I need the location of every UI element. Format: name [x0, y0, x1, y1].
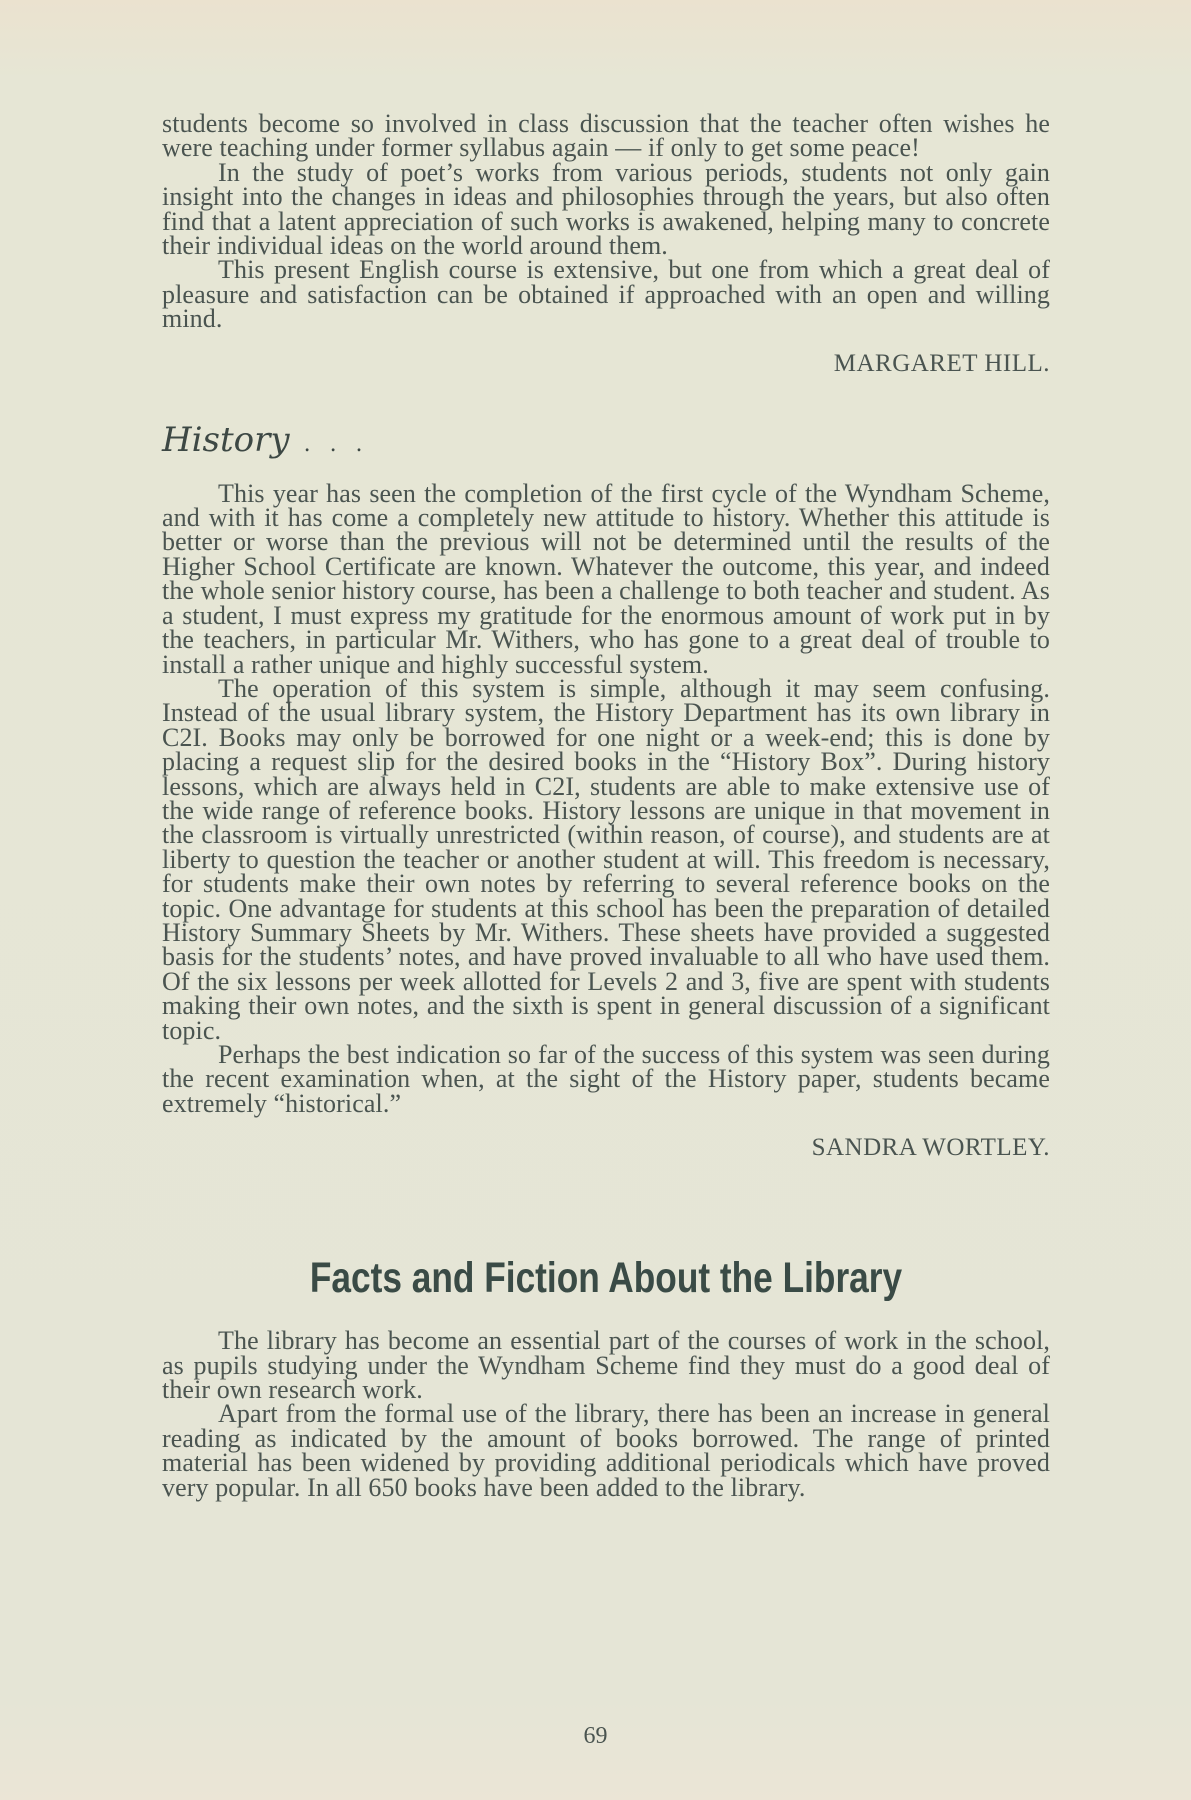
page-number: 69	[0, 1723, 1191, 1750]
paragraph: This year has seen the completion of the…	[162, 482, 1050, 677]
section-title-library: Facts and Fiction About the Library	[242, 1254, 970, 1303]
heading-ellipsis: . . .	[304, 432, 369, 457]
library-section: Facts and Fiction About the Library The …	[162, 1254, 1050, 1500]
paragraph: In the study of poet’s works from variou…	[162, 161, 1050, 259]
author-signature: SANDRA WORTLEY.	[162, 1134, 1050, 1162]
author-signature: MARGARET HILL.	[162, 350, 1050, 378]
paragraph: This present English course is extensive…	[162, 258, 1050, 331]
history-section: History. . . This year has seen the comp…	[162, 420, 1050, 1163]
paragraph: Perhaps the best indication so far of th…	[162, 1043, 1050, 1116]
section-heading-history: History. . .	[162, 420, 1050, 460]
paragraph: Apart from the formal use of the library…	[162, 1402, 1050, 1500]
english-section: students become so involved in class dis…	[162, 112, 1050, 378]
heading-text: History	[162, 420, 290, 460]
paragraph: The library has become an essential part…	[162, 1329, 1050, 1402]
paragraph: students become so involved in class dis…	[162, 112, 1050, 161]
paragraph: The operation of this system is simple, …	[162, 677, 1050, 1043]
page-content: students become so involved in class dis…	[162, 112, 1050, 1500]
